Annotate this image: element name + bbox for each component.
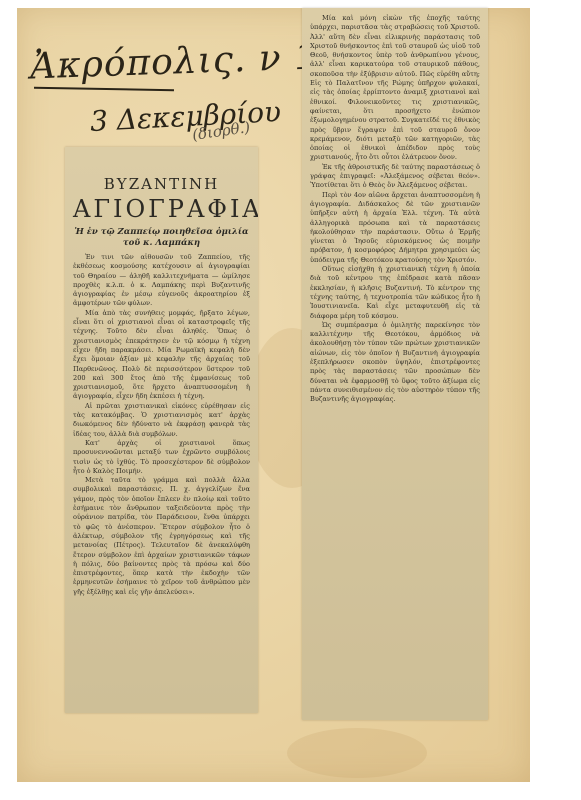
paragraph: Οὕτως εἰσήχθη ἡ χριστιανικὴ τέχνη ἡ ὁποί… bbox=[310, 265, 480, 321]
paragraph: Μία ἀπὸ τὰς συνήθεις μομφάς, ἤρξατο λέγω… bbox=[73, 309, 250, 402]
article-title-line1: ΒΥΖΑΝΤΙΝΗ bbox=[73, 175, 250, 193]
article-subtitle: Ἡ ἐν τῷ Ζαππείῳ ποιηθεῖσα ὁμιλία τοῦ κ. … bbox=[73, 227, 250, 249]
article-body-right: Μία καὶ μόνη εἰκὼν τῆς ἐποχῆς ταύτης ὑπά… bbox=[310, 14, 480, 404]
paragraph: Μετὰ ταῦτα τὸ γράμμα καὶ πολλὰ ἄλλα συμβ… bbox=[73, 476, 250, 597]
paragraph: Μία καὶ μόνη εἰκὼν τῆς ἐποχῆς ταύτης ὑπά… bbox=[310, 14, 480, 163]
paragraph: Ἐν τινι τῶν αἰθουσῶν τοῦ Ζαππείου, τῆς ἐ… bbox=[73, 253, 250, 309]
newspaper-clipping-left: ΒΥΖΑΝΤΙΝΗ ΑΓΙΟΓΡΑΦΙΑ Ἡ ἐν τῷ Ζαππείῳ ποι… bbox=[65, 147, 258, 713]
article-body-left: Ἐν τινι τῶν αἰθουσῶν τοῦ Ζαππείου, τῆς ἐ… bbox=[73, 253, 250, 597]
paragraph: Ἐκ τῆς ἀθροιστικῆς δὲ ταύτης παραστάσεως… bbox=[310, 163, 480, 191]
article-title-line2: ΑΓΙΟΓΡΑΦΙΑ bbox=[73, 195, 250, 223]
paragraph: Αἱ πρῶται χριστιανικαὶ εἰκόνες εὑρέθησαν… bbox=[73, 402, 250, 439]
newspaper-clipping-right: Μία καὶ μόνη εἰκὼν τῆς ἐποχῆς ταύτης ὑπά… bbox=[302, 8, 488, 720]
paper-stain bbox=[287, 728, 427, 778]
paragraph: Ὡς συμπέρασμα ὁ ὁμιλητὴς παρεκίνησε τὸν … bbox=[310, 321, 480, 405]
paragraph: Κατ' ἀρχὰς οἱ χριστιανοὶ ὅπως προσυνεννο… bbox=[73, 439, 250, 476]
paragraph: Περὶ τὸν 4ον αἰῶνα ἄρχεται ἀναπτυσσομένη… bbox=[310, 191, 480, 265]
